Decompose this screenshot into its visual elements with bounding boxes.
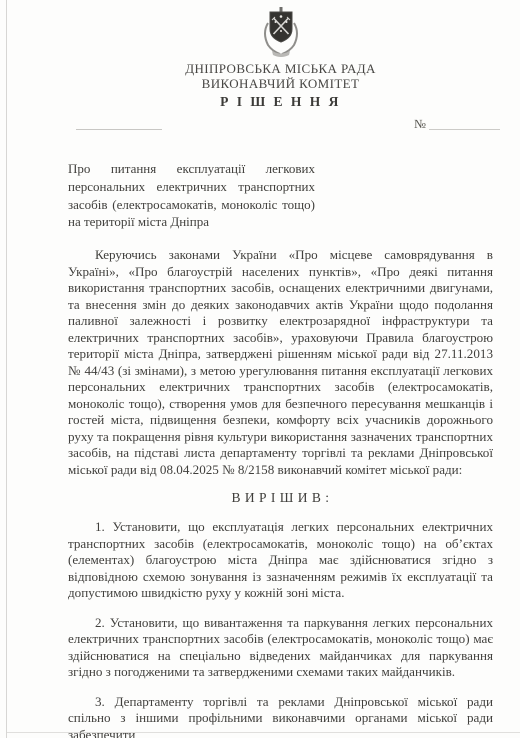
dnipro-coat-of-arms-icon — [258, 7, 304, 57]
date-blank-line — [76, 129, 162, 130]
resolution-item-3: 3. Департаменту торгівлі та реклами Дніп… — [68, 694, 493, 738]
document-page: ДНІПРОВСЬКА МІСЬКА РАДА ВИКОНАВЧИЙ КОМІТ… — [0, 0, 520, 738]
preamble-paragraph: Керуючись законами України «Про місцеве … — [68, 247, 493, 478]
resolution-item-2: 2. Установити, що вивантаження та паркув… — [68, 615, 493, 681]
org-name-line1: ДНІПРОВСЬКА МІСЬКА РАДА — [68, 61, 493, 76]
number-label: № — [414, 117, 426, 132]
page-left-edge — [6, 0, 7, 738]
subject-paragraph: Про питання експлуатації легкових персон… — [68, 160, 315, 231]
document-type-title: Р І Ш Е Н Н Я — [68, 94, 493, 110]
resolution-item-1: 1. Установити, що експлуатація легких пе… — [68, 519, 493, 602]
number-blank-line — [429, 129, 500, 130]
resolution-word: В И Р І Ш И В : — [68, 490, 493, 506]
document-header: ДНІПРОВСЬКА МІСЬКА РАДА ВИКОНАВЧИЙ КОМІТ… — [68, 0, 493, 110]
org-name-line2: ВИКОНАВЧИЙ КОМІТЕТ — [68, 76, 493, 91]
date-number-row: № — [68, 116, 493, 134]
document-content: ДНІПРОВСЬКА МІСЬКА РАДА ВИКОНАВЧИЙ КОМІТ… — [68, 0, 493, 738]
